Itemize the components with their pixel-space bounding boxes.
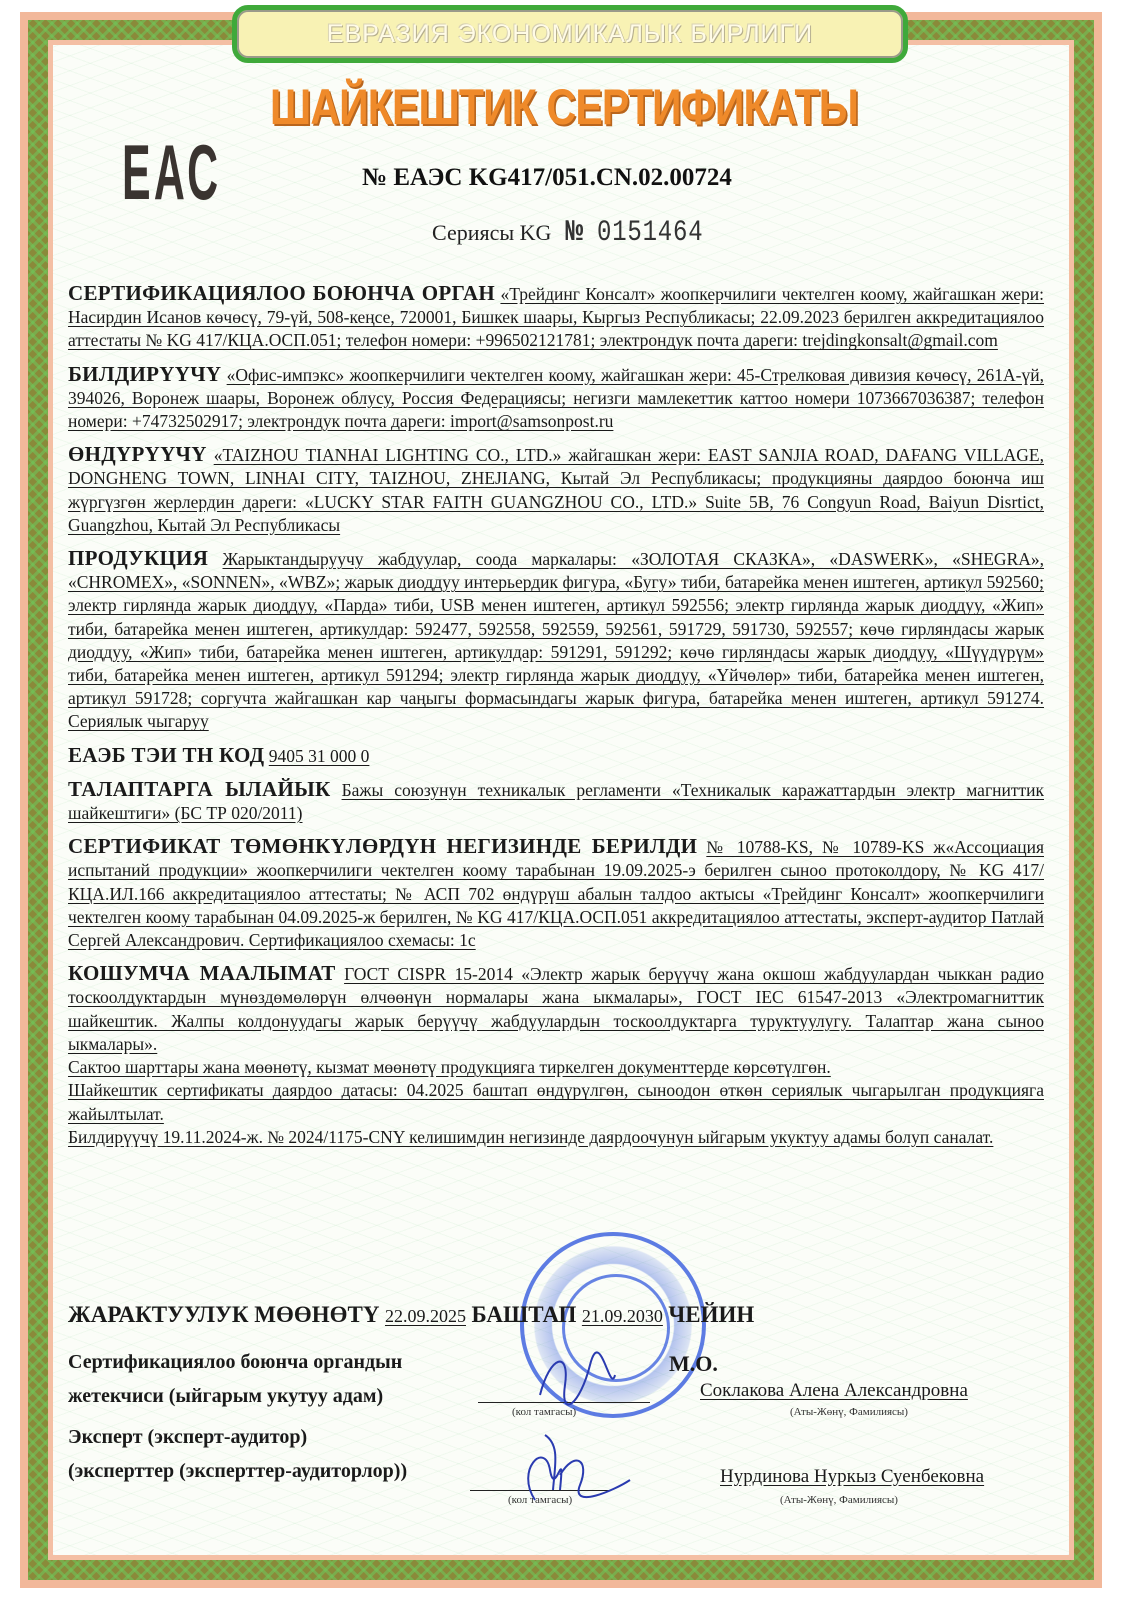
- section-label: ӨНДҮРҮҮЧҮ: [68, 442, 207, 466]
- expert-role: Эксперт (эксперт-аудитор) (эксперттер (э…: [68, 1420, 407, 1488]
- section-compliance: ТАЛАПТАРГА ЫЛАЙЫК Бажы союзунун техникал…: [68, 778, 1044, 825]
- section-label: ПРОДУКЦИЯ: [68, 546, 208, 570]
- section-text: 9405 31 000 0: [269, 746, 370, 766]
- section-text: Жарыктандыруучу жабдуулар, соода маркала…: [68, 549, 1044, 731]
- validity-period: ЖАРАКТУУЛУК МӨӨНӨТҮ 22.09.2025 БАШТАП 21…: [68, 1302, 1044, 1328]
- section-label: СЕРТИФИКАЦИЯЛОО БОЮНЧА ОРГАН: [68, 281, 495, 305]
- validity-from: 22.09.2025: [385, 1306, 466, 1326]
- section-manufacturer: ӨНДҮРҮҮЧҮ «TAIZHOU TIANHAI LIGHTING CO.,…: [68, 443, 1044, 537]
- section-label: ТАЛАПТАРГА ЫЛАЙЫК: [68, 777, 331, 801]
- additional-line: Шайкештик сертификаты даярдоо датасы: 04…: [68, 1079, 1044, 1125]
- section-label: СЕРТИФИКАТ ТӨМӨНКҮЛӨРДҮН НЕГИЗИНДЕ БЕРИЛ…: [68, 834, 697, 858]
- expert-role-line1: Эксперт (эксперт-аудитор): [68, 1420, 407, 1454]
- certificate-body: СЕРТИФИКАЦИЯЛОО БОЮНЧА ОРГАН «Трейдинг К…: [68, 282, 1044, 1159]
- validity-label: ЖАРАКТУУЛУК МӨӨНӨТҮ: [68, 1302, 379, 1327]
- additional-line: Билдирүүчү 19.11.2024-ж. № 2024/1175-CNY…: [68, 1126, 1044, 1149]
- head-signer-name: Соклакова Алена Александровна: [700, 1380, 968, 1402]
- validity-from-word: БАШТАП: [471, 1302, 576, 1327]
- number-sign: №: [565, 216, 583, 250]
- series-number-block: Сериясы KG № 0151464: [432, 216, 730, 250]
- expert-role-line2: (эксперттер (эксперттер-аудиторлор)): [68, 1454, 407, 1488]
- head-signature-icon: [530, 1345, 620, 1415]
- section-issued-basis: СЕРТИФИКАТ ТӨМӨНКҮЛӨРДҮН НЕГИЗИНДЕ БЕРИЛ…: [68, 835, 1044, 952]
- section-label: ЕАЭБ ТЭИ ТН КОД: [68, 743, 264, 767]
- certificate-title: ШАЙКЕШТИК СЕРТИФИКАТЫ: [102, 78, 1027, 136]
- section-label: БИЛДИРҮҮЧҮ: [68, 362, 221, 386]
- expert-signer-name: Нурдинова Нуркыз Суенбековна: [720, 1466, 984, 1488]
- head-role: Сертификациялоо боюнча органдын жетекчис…: [68, 1345, 402, 1413]
- additional-line: Сактоо шарттары жана мөөнөтү, кызмат мөө…: [68, 1056, 1044, 1079]
- head-role-line2: жетекчиси (ыйгарым укутуу адам): [68, 1379, 402, 1413]
- expert-name-caption: (Аты-Жөнү, Фамилиясы): [780, 1494, 898, 1506]
- eac-mark-icon: ЕАС: [122, 136, 168, 208]
- expert-signature-icon: [505, 1430, 635, 1510]
- series-value: 0151464: [597, 216, 703, 250]
- section-text: «TAIZHOU TIANHAI LIGHTING CO., LTD.» жай…: [68, 445, 1044, 535]
- certificate-number: № ЕАЭС KG417/051.CN.02.00724: [362, 164, 732, 192]
- section-tn-code: ЕАЭБ ТЭИ ТН КОД 9405 31 000 0: [68, 744, 1044, 768]
- union-banner: ЕВРАЗИЯ ЭКОНОМИКАЛЫК БИРЛИГИ: [232, 5, 908, 63]
- union-banner-text: ЕВРАЗИЯ ЭКОНОМИКАЛЫК БИРЛИГИ: [327, 20, 813, 49]
- validity-to: 21.09.2030: [582, 1306, 663, 1326]
- head-name-caption: (Аты-Жөнү, Фамилиясы): [790, 1406, 908, 1418]
- head-role-line1: Сертификациялоо боюнча органдын: [68, 1345, 402, 1379]
- validity-to-word: ЧЕЙИН: [668, 1302, 754, 1327]
- series-label: Сериясы KG: [432, 220, 551, 246]
- section-product: ПРОДУКЦИЯ Жарыктандыруучу жабдуулар, соо…: [68, 547, 1044, 734]
- section-applicant: БИЛДИРҮҮЧҮ «Офис-импэкс» жоопкерчилиги ч…: [68, 363, 1044, 434]
- section-label: КОШУМЧА МААЛЫМАТ: [68, 961, 336, 985]
- section-certification-body: СЕРТИФИКАЦИЯЛОО БОЮНЧА ОРГАН «Трейдинг К…: [68, 282, 1044, 353]
- section-additional-info: КОШУМЧА МААЛЫМАТ ГОСТ CISPR 15-2014 «Эле…: [68, 962, 1044, 1149]
- seal-mark: М.О.: [669, 1351, 718, 1377]
